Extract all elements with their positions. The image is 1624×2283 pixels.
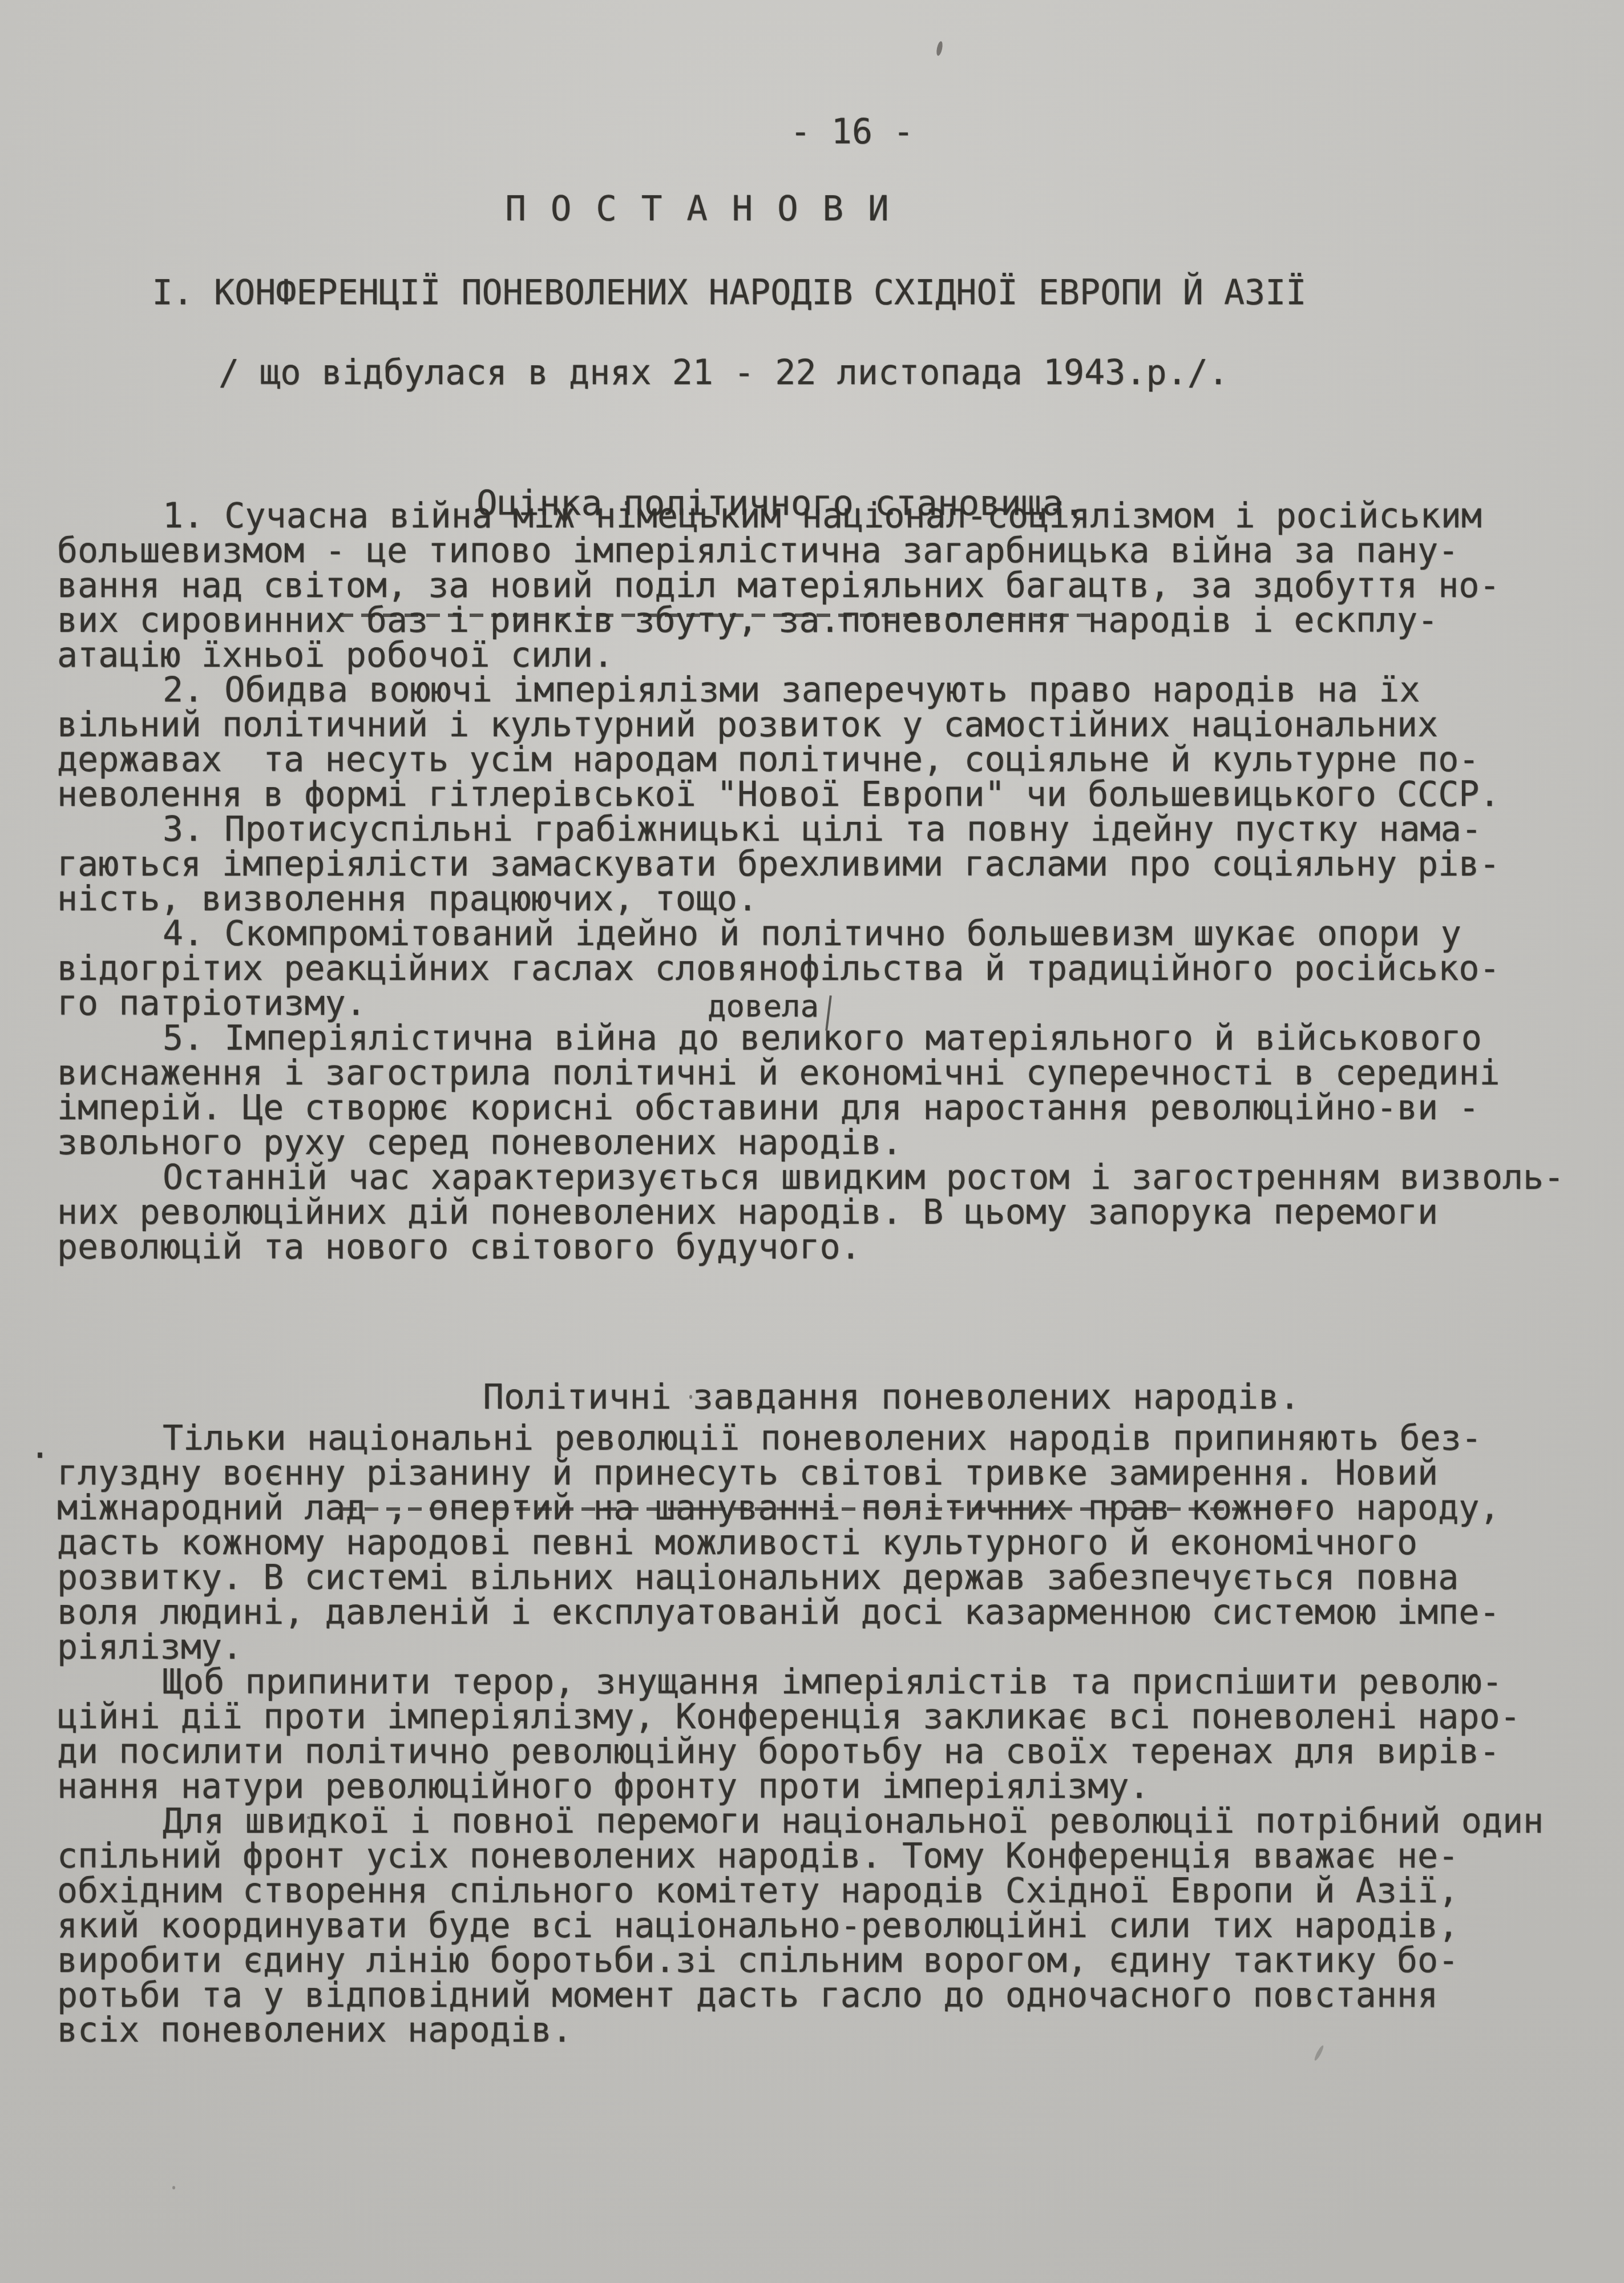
- text-line: вих сировинних баз і ринків збуту, за.по…: [57, 603, 1569, 638]
- section-2-heading-text: Політичні завдання поневолених народів.: [483, 1377, 1300, 1417]
- text-line: виробити єдину лінію боротьби.зі спільни…: [57, 1943, 1569, 1978]
- text-line: революцій та нового світового будучого.: [57, 1230, 1569, 1265]
- text-line: який координувати буде всі національно-р…: [57, 1909, 1569, 1943]
- document-title: П О С Т А Н О В И: [0, 188, 1510, 229]
- text-line: розвитку. В системі вільних національних…: [57, 1560, 1569, 1595]
- typed-insertion-correction: довела: [708, 991, 819, 1022]
- section-2-body: . Тільки національні революції поневолен…: [57, 1421, 1569, 2048]
- text-line: спільний фронт усіх поневолених народів.…: [57, 1839, 1569, 1874]
- text-line: міжнародний лад , опертий на шануванні п…: [57, 1491, 1569, 1526]
- text-line: обхідним створення спільного комітету на…: [57, 1874, 1569, 1909]
- date-line: / що відбулася в днях 21 - 22 листопада …: [0, 353, 1536, 393]
- text-line: всіх поневолених народів.: [57, 2013, 1569, 2048]
- text-line: неволення в формі гітлерівської "Нової Е…: [57, 777, 1569, 812]
- paper-speck: [935, 41, 943, 56]
- text-line: 4. Скомпромітований ідейно й політично б…: [57, 917, 1569, 951]
- text-line: Останній час характеризується швидким ро…: [57, 1160, 1569, 1195]
- text-line: вільний політичний і культурний розвиток…: [57, 708, 1569, 743]
- text-line: 5. Імперіялістична війна до великого мат…: [57, 1021, 1569, 1056]
- text-line: дасть кожному народові певні можливості …: [57, 1526, 1569, 1560]
- text-line: 3. Протисуспільні грабіжницькі цілі та п…: [57, 812, 1569, 847]
- text-line: звольного руху серед поневолених народів…: [57, 1126, 1569, 1160]
- text-line: ротьби та у відповідний момент дасть гас…: [57, 1978, 1569, 2013]
- text-line: воля людині, давленій і експлуатованій д…: [57, 1595, 1569, 1630]
- page-number: - 16 -: [40, 112, 1624, 152]
- paper-speck: [1418, 977, 1421, 981]
- scanned-document-page: - 16 - П О С Т А Н О В И І. КОНФЕРЕНЦІЇ …: [0, 0, 1624, 2283]
- text-line: ційні дії проти імперіялізму, Конференці…: [57, 1700, 1569, 1735]
- text-line: виснаження і загострила політичні й екон…: [57, 1056, 1569, 1091]
- document-subtitle: І. КОНФЕРЕНЦІЇ ПОНЕВОЛЕНИХ НАРОДІВ СХІДН…: [0, 273, 1541, 313]
- text-line: нання натури революційного фронту проти …: [57, 1769, 1569, 1804]
- text-line: відогрітих реакційних гаслах словянофіль…: [57, 951, 1569, 986]
- text-line: них революційних дій поневолених народів…: [57, 1195, 1569, 1230]
- text-line: ність, визволення працюючих, тощо.: [57, 882, 1569, 917]
- paper-speck: [307, 1816, 310, 1819]
- paper-speck: [172, 2186, 175, 2189]
- text-line: глуздну воєнну різанину й принесуть світ…: [57, 1456, 1569, 1491]
- text-line: Для швидкої і повної перемоги національн…: [57, 1804, 1569, 1839]
- text-line: ріялізму.: [57, 1630, 1569, 1665]
- text-line: гаються імперіялісти замаскувати брехлив…: [57, 847, 1569, 882]
- text-line: вання над світом, за новий поділ матерія…: [57, 568, 1569, 603]
- section-1-body: 1. Сучасна війна між німецьким націонал-…: [57, 499, 1569, 1265]
- text-line: атацію їхньої робочої сили.: [57, 638, 1569, 673]
- text-line: державах та несуть усім народам політичн…: [57, 743, 1569, 777]
- text-line: большевизмом - це типово імперіялістична…: [57, 534, 1569, 568]
- text-line: імперій. Це створює корисні обставини дл…: [57, 1091, 1569, 1126]
- text-line: Тільки національні революції поневолених…: [57, 1421, 1569, 1456]
- text-line: 2. Обидва воюючі імперіялізми заперечуют…: [57, 673, 1569, 708]
- text-line: Щоб припинити терор, знущання імперіяліс…: [57, 1665, 1569, 1700]
- text-line: ди посилити політично революційну бороть…: [57, 1735, 1569, 1769]
- stray-margin-dot: .: [30, 1429, 50, 1464]
- text-line: 1. Сучасна війна між німецьким націонал-…: [57, 499, 1569, 534]
- paper-speck: [689, 1395, 692, 1399]
